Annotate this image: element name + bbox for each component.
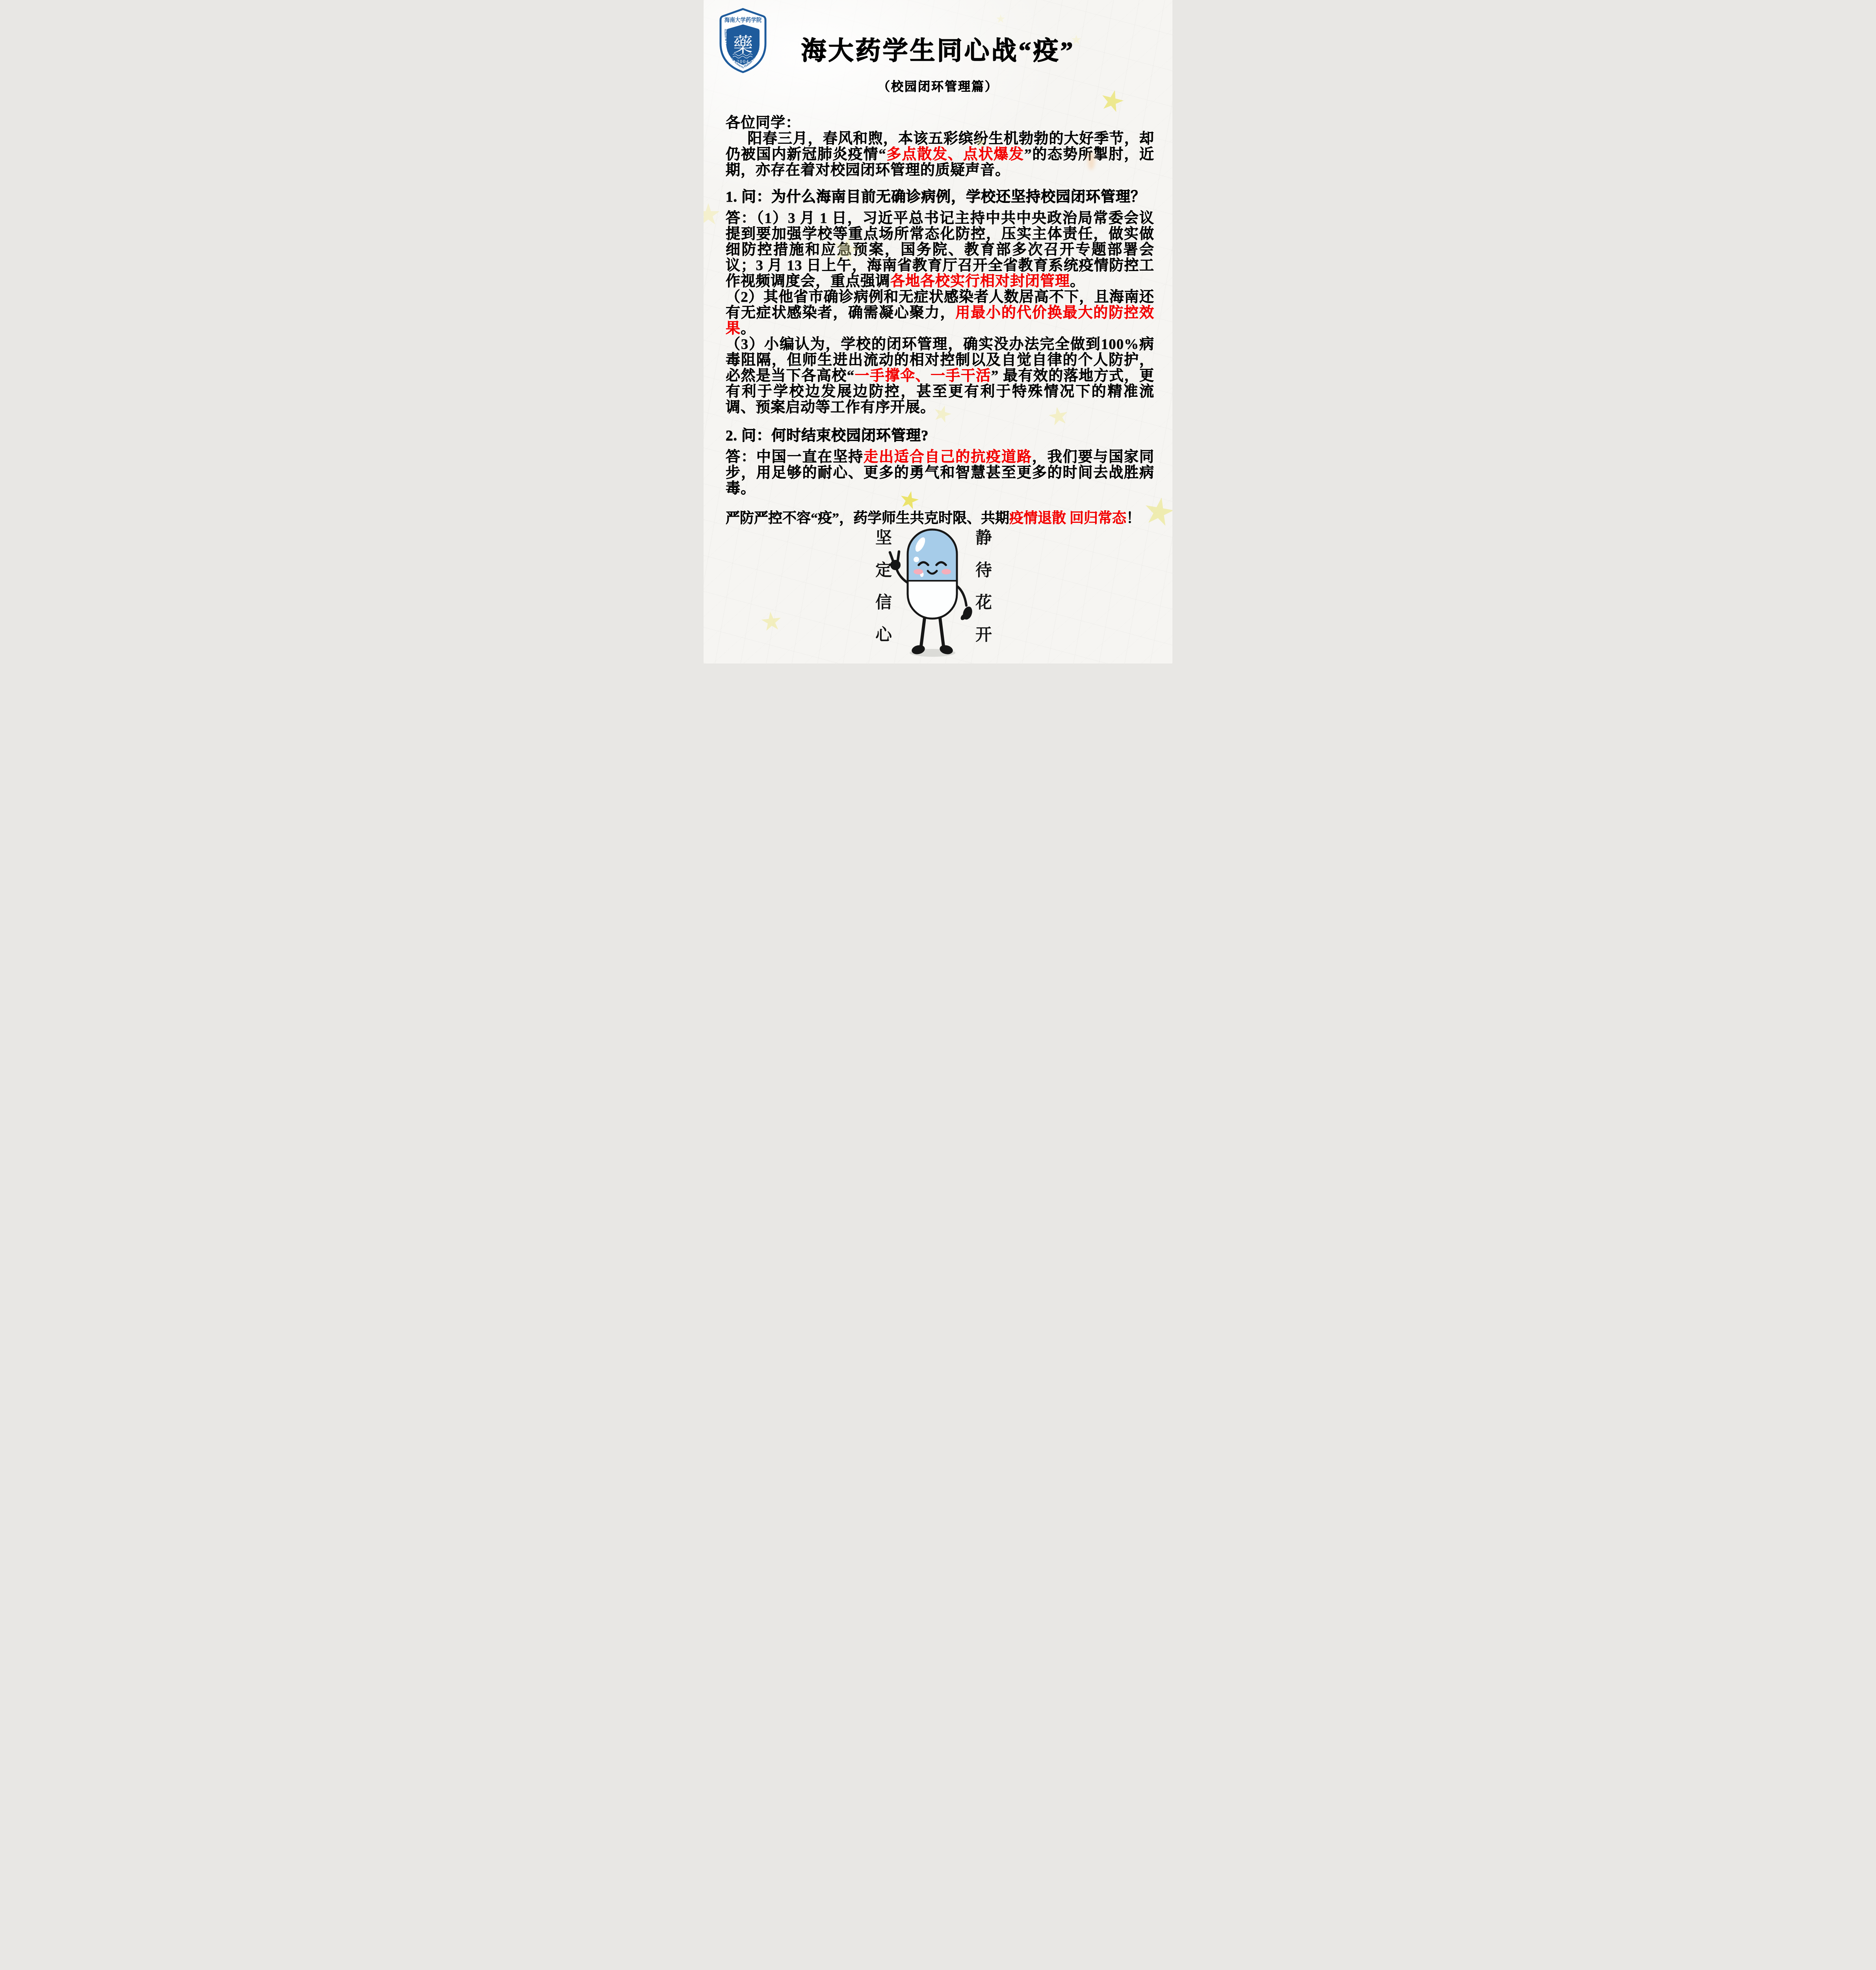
mascot-caption-right: 静待花开 [971, 529, 994, 658]
answer-2: 答：中国一直在坚持走出适合自己的抗疫道路，我们要与国家同步，用足够的耐心、更多的… [726, 450, 1154, 497]
highlight-run: 多点散发、点状爆发 [886, 147, 1024, 163]
mascot-left-cheek [914, 569, 923, 574]
highlight-run: 一手撑伞、一手干活 [854, 368, 991, 384]
star-icon [760, 610, 782, 633]
highlight-run: 走出适合自己的抗疫道路 [864, 449, 1032, 465]
poster-header: 海大药学生同心战“疫” （校园闭环管理篇） [704, 0, 1172, 94]
mascot-legs [921, 618, 944, 646]
answer-1-part-1: 答：（1）3 月 1 日，习近平总书记主持中共中央政治局常委会议提到要加强学校等… [726, 211, 1154, 290]
highlight-run: 疫情退散 回归常态 [1009, 510, 1126, 526]
mascot-caption-left: 坚定信心 [871, 529, 894, 658]
text-run: 。 [1070, 273, 1085, 290]
answer-1-part-2: （2）其他省市确诊病例和无症状感染者人数居高不下，且海南还有无症状感染者，确需凝… [726, 290, 1154, 337]
star-icon [704, 203, 720, 227]
answer-1-part-3: （3）小编认为，学校的闭环管理，确实没办法完全做到100%病毒阻隔，但师生进出流… [726, 337, 1154, 416]
highlight-run: 各地各校实行相对封闭管理 [890, 273, 1070, 290]
closing-line: 严防严控不容“疫”，药学师生共克时限、共期疫情退散 回归常态！ [726, 510, 1154, 526]
text-run: 答：中国一直在坚持 [726, 449, 864, 465]
page-subtitle: （校园闭环管理篇） [704, 76, 1172, 94]
page-title: 海大药学生同心战“疫” [704, 36, 1172, 65]
pill-highlight [914, 557, 919, 562]
question-2-heading: 2. 问：何时结束校园闭环管理? [726, 428, 1154, 444]
school-logo: 海南大学药学院 藥 2004 School of Pharmaceutical … [714, 7, 772, 74]
text-run: 。 [741, 321, 756, 337]
paint-smudge [1088, 152, 1095, 170]
logo-glyph: 藥 [733, 34, 753, 56]
text-run: 严防严控不容“疫”，药学师生共克时限、共期 [726, 510, 1009, 526]
salutation: 各位同学： [726, 115, 1154, 131]
pill-mascot-illustration [880, 524, 979, 661]
letter-body: 各位同学： 阳春三月，春风和煦，本该五彩缤纷生机勃勃的大好季节，却仍被国内新冠肺… [726, 115, 1154, 526]
logo-cn-name: 海南大学药学院 [724, 17, 762, 23]
text-run: ！ [1126, 510, 1140, 526]
mascot-right-cheek [942, 569, 951, 574]
poster-page: 海南大学药学院 藥 2004 School of Pharmaceutical … [704, 0, 1172, 663]
question-1-heading: 1. 问：为什么海南目前无确诊病例，学校还坚持校园闭环管理？ [726, 190, 1154, 205]
logo-shield-icon: 海南大学药学院 藥 2004 School of Pharmaceutical … [721, 9, 765, 72]
